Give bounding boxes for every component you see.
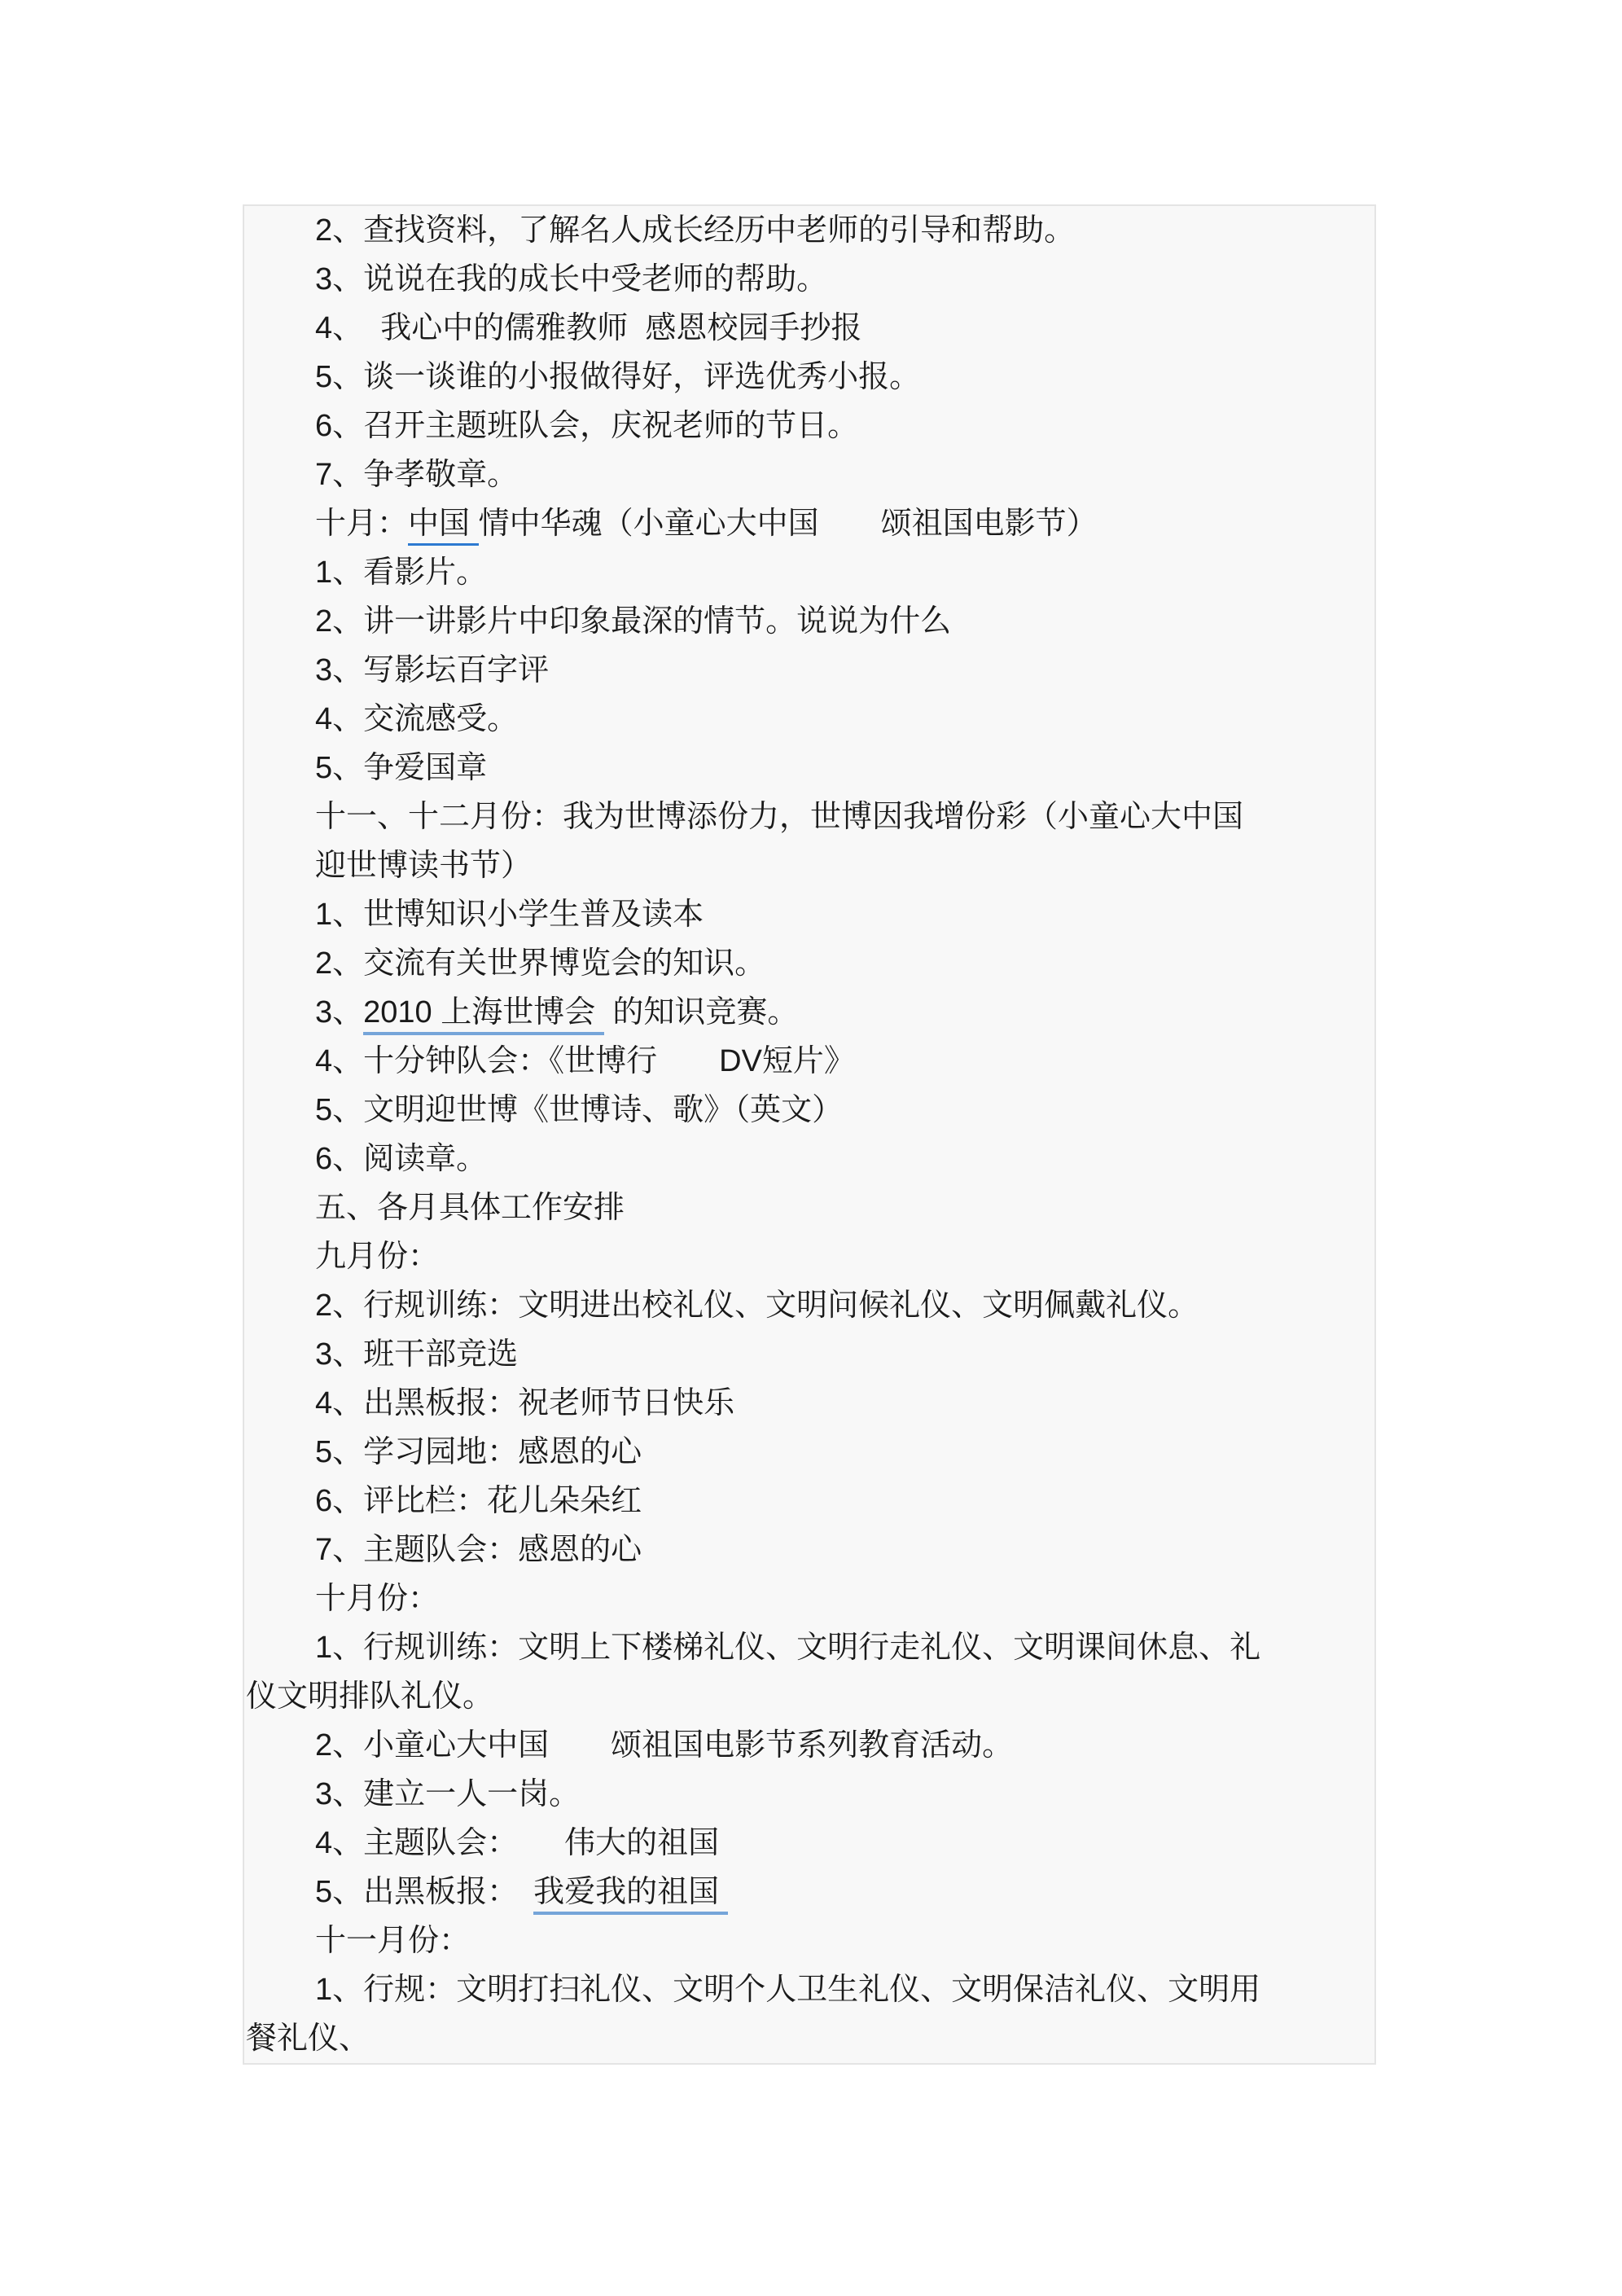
text-line: 2、小童心大中国 颂祖国电影节系列教育活动。 bbox=[244, 1721, 1374, 1770]
text-segment: 九月份： bbox=[315, 1240, 439, 1274]
text-segment: 5、谈一谈谁的小报做得好，评选优秀小报。 bbox=[315, 360, 920, 394]
text-line: 2、查找资料，了解名人成长经历中老师的引导和帮助。 bbox=[244, 206, 1374, 255]
text-segment: 7、争孝敬章。 bbox=[315, 458, 518, 492]
text-line: 十月份： bbox=[244, 1574, 1374, 1623]
text-line: 4、交流感受。 bbox=[244, 695, 1374, 744]
text-line: 4、十分钟队会：《世博行 DV短片》 bbox=[244, 1037, 1374, 1086]
text-segment: 4、出黑板报：祝老师节日快乐 bbox=[315, 1386, 734, 1420]
text-segment: 十一、十二月份：我为世博添份力，世博因我增份彩（小童心大中国 bbox=[315, 800, 1243, 834]
text-line: 1、行规：文明打扫礼仪、文明个人卫生礼仪、文明保洁礼仪、文明用 bbox=[244, 1965, 1374, 2014]
underlined-text: 我爱我的祖国 bbox=[533, 1875, 728, 1915]
text-segment: 4、主题队会： 伟大的祖国 bbox=[315, 1826, 719, 1860]
text-line: 1、行规训练：文明上下楼梯礼仪、文明行走礼仪、文明课间休息、礼 bbox=[244, 1623, 1374, 1672]
text-segment: 迎世博读书节） bbox=[315, 849, 532, 883]
text-line: 3、班干部竞选 bbox=[244, 1330, 1374, 1379]
text-line: 3、写影坛百字评 bbox=[244, 646, 1374, 695]
text-line: 迎世博读书节） bbox=[244, 841, 1374, 890]
text-segment: 情中华魂（小童心大中国 颂祖国电影节） bbox=[479, 507, 1098, 541]
text-segment: 3、说说在我的成长中受老师的帮助。 bbox=[315, 262, 827, 296]
text-segment: 4、十分钟队会：《世博行 DV短片》 bbox=[315, 1044, 855, 1078]
text-segment: 2、小童心大中国 颂祖国电影节系列教育活动。 bbox=[315, 1728, 1013, 1763]
text-line: 餐礼仪、 bbox=[244, 2014, 1374, 2063]
document-page: 2、查找资料，了解名人成长经历中老师的引导和帮助。3、说说在我的成长中受老师的帮… bbox=[243, 204, 1376, 2065]
text-segment: 5、学习园地：感恩的心 bbox=[315, 1435, 642, 1469]
text-segment: 6、阅读章。 bbox=[315, 1142, 487, 1176]
text-segment: 5、文明迎世博《世博诗、歌》（英文） bbox=[315, 1093, 843, 1127]
text-segment: 5、出黑板报： bbox=[315, 1875, 533, 1909]
text-line: 5、学习园地：感恩的心 bbox=[244, 1428, 1374, 1477]
text-segment: 仪文明排队礼仪。 bbox=[246, 1679, 493, 1714]
text-segment: 5、争爱国章 bbox=[315, 751, 487, 785]
text-segment: 6、召开主题班队会，庆祝老师的节日。 bbox=[315, 409, 858, 443]
text-segment: 6、评比栏：花儿朵朵红 bbox=[315, 1484, 642, 1518]
text-segment: 的知识竞赛。 bbox=[604, 995, 799, 1029]
text-line: 2、交流有关世界博览会的知识。 bbox=[244, 939, 1374, 988]
text-segment: 十一月份： bbox=[315, 1924, 470, 1958]
text-segment: 3、写影坛百字评 bbox=[315, 653, 549, 687]
text-segment: 2、查找资料，了解名人成长经历中老师的引导和帮助。 bbox=[315, 213, 1075, 248]
underlined-text: 中国 bbox=[408, 507, 479, 546]
text-segment: 1、行规：文明打扫礼仪、文明个人卫生礼仪、文明保洁礼仪、文明用 bbox=[315, 1973, 1260, 2007]
text-segment: 3、班干部竞选 bbox=[315, 1337, 518, 1372]
text-line: 5、谈一谈谁的小报做得好，评选优秀小报。 bbox=[244, 353, 1374, 402]
underlined-text: 2010 上海世博会 bbox=[363, 995, 604, 1035]
text-line: 仪文明排队礼仪。 bbox=[244, 1672, 1374, 1721]
text-line: 7、争孝敬章。 bbox=[244, 450, 1374, 499]
text-line: 十一月份： bbox=[244, 1916, 1374, 1965]
text-line: 3、2010 上海世博会 的知识竞赛。 bbox=[244, 988, 1374, 1037]
text-line: 6、评比栏：花儿朵朵红 bbox=[244, 1477, 1374, 1526]
text-line: 5、争爱国章 bbox=[244, 744, 1374, 792]
text-segment: 2、行规训练：文明进出校礼仪、文明问候礼仪、文明佩戴礼仪。 bbox=[315, 1288, 1199, 1323]
text-line: 五、各月具体工作安排 bbox=[244, 1183, 1374, 1232]
text-line: 4、 我心中的儒雅教师 感恩校园手抄报 bbox=[244, 304, 1374, 353]
text-line: 九月份： bbox=[244, 1232, 1374, 1281]
text-segment: 十月： bbox=[315, 507, 408, 541]
text-line: 2、讲一讲影片中印象最深的情节。说说为什么 bbox=[244, 597, 1374, 646]
text-segment: 十月份： bbox=[315, 1582, 439, 1616]
text-line: 5、文明迎世博《世博诗、歌》（英文） bbox=[244, 1086, 1374, 1135]
text-line: 3、建立一人一岗。 bbox=[244, 1770, 1374, 1819]
text-segment: 1、行规训练：文明上下楼梯礼仪、文明行走礼仪、文明课间休息、礼 bbox=[315, 1631, 1260, 1665]
text-line: 3、说说在我的成长中受老师的帮助。 bbox=[244, 255, 1374, 304]
text-line: 1、世博知识小学生普及读本 bbox=[244, 890, 1374, 939]
text-line: 5、出黑板报： 我爱我的祖国 bbox=[244, 1868, 1374, 1916]
text-segment: 五、各月具体工作安排 bbox=[315, 1191, 625, 1225]
text-line: 6、召开主题班队会，庆祝老师的节日。 bbox=[244, 402, 1374, 450]
text-segment: 餐礼仪、 bbox=[246, 2022, 370, 2056]
text-segment: 3、建立一人一岗。 bbox=[315, 1777, 580, 1811]
text-segment: 2、交流有关世界博览会的知识。 bbox=[315, 946, 765, 981]
text-line: 十一、十二月份：我为世博添份力，世博因我增份彩（小童心大中国 bbox=[244, 792, 1374, 841]
text-segment: 7、主题队会：感恩的心 bbox=[315, 1533, 642, 1567]
text-segment: 3、 bbox=[315, 995, 363, 1029]
document-viewer: 2、查找资料，了解名人成长经历中老师的引导和帮助。3、说说在我的成长中受老师的帮… bbox=[0, 204, 1622, 2065]
text-line: 4、主题队会： 伟大的祖国 bbox=[244, 1819, 1374, 1868]
text-segment: 1、看影片。 bbox=[315, 555, 487, 590]
text-line: 1、看影片。 bbox=[244, 548, 1374, 597]
text-line: 十月：中国 情中华魂（小童心大中国 颂祖国电影节） bbox=[244, 499, 1374, 548]
text-line: 2、行规训练：文明进出校礼仪、文明问候礼仪、文明佩戴礼仪。 bbox=[244, 1281, 1374, 1330]
text-line: 6、阅读章。 bbox=[244, 1135, 1374, 1183]
text-line: 4、出黑板报：祝老师节日快乐 bbox=[244, 1379, 1374, 1428]
text-segment: 4、交流感受。 bbox=[315, 702, 518, 736]
text-segment: 1、世博知识小学生普及读本 bbox=[315, 898, 704, 932]
text-segment: 2、讲一讲影片中印象最深的情节。说说为什么 bbox=[315, 604, 951, 639]
text-segment: 4、 我心中的儒雅教师 感恩校园手抄报 bbox=[315, 311, 861, 345]
text-line: 7、主题队会：感恩的心 bbox=[244, 1526, 1374, 1574]
